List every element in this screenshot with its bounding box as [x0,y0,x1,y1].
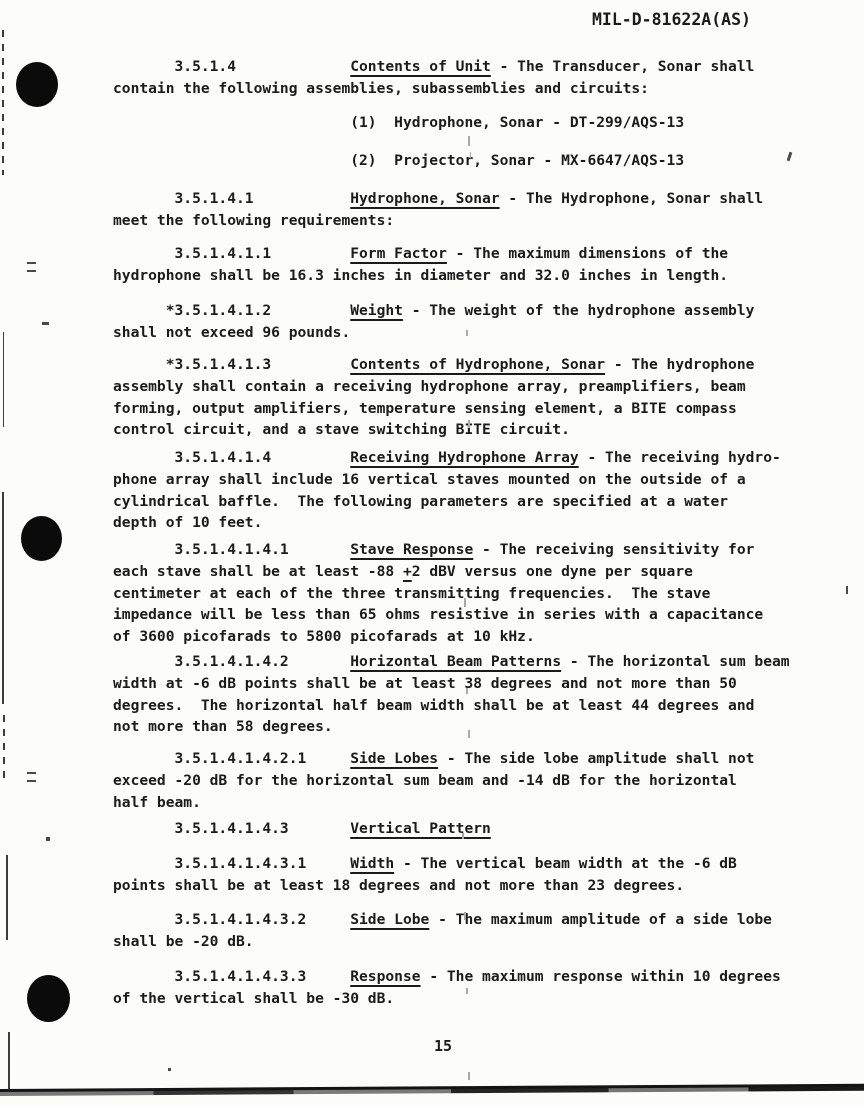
text-line: centimeter at each of the three transmit… [113,583,763,605]
text-line: shall be -20 dB. [113,931,772,953]
scan-artifact-line [8,1032,10,1090]
text-segment: 3.5.1.4.1.4.3.3 [113,968,350,985]
text-line: control circuit, and a stave switching B… [113,419,754,441]
section-paragraph: 3.5.1.4.1.4.3.1 Width - The vertical bea… [113,853,737,897]
list-item: (1) Hydrophone, Sonar - DT-299/AQS-13 [113,112,684,134]
section-paragraph: 3.5.1.4.1.4.3 Vertical Pattern [113,818,491,840]
text-line: 3.5.1.4.1.4.2.1 Side Lobes - The side lo… [113,748,754,770]
text-segment: shall not exceed 96 pounds. [113,324,350,341]
text-line: contain the following assemblies, subass… [113,78,754,100]
text-segment: 3.5.1.4.1.4.3.2 [113,911,350,928]
fold-mark [462,833,464,839]
text-line: 3.5.1.4.1.4.3.2 Side Lobe - The maximum … [113,909,772,931]
text-line: *3.5.1.4.1.3 Contents of Hydrophone, Son… [113,354,754,376]
text-segment: degrees. The horizontal half beam width … [113,697,754,714]
punch-hole-mark [27,975,70,1022]
text-line: 3.5.1.4.1.4.3.3 Response - The maximum r… [113,966,781,988]
fold-mark [468,730,470,738]
section-title: Width [350,855,394,872]
text-line: assembly shall contain a receiving hydro… [113,376,754,398]
text-line: 3.5.1.4.1.4.3 Vertical Pattern [113,818,491,840]
text-segment: impedance will be less than 65 ohms resi… [113,606,763,623]
section-paragraph: 3.5.1.4.1.4.2 Horizontal Beam Patterns -… [113,651,790,738]
text-segment: - The hydrophone [605,356,754,373]
text-line: shall not exceed 96 pounds. [113,322,754,344]
text-line: (1) Hydrophone, Sonar - DT-299/AQS-13 [113,112,684,134]
text-segment: hydrophone shall be 16.3 inches in diame… [113,267,728,284]
text-line: impedance will be less than 65 ohms resi… [113,604,763,626]
section-paragraph: 3.5.1.4.1.4.2.1 Side Lobes - The side lo… [113,748,754,813]
text-segment: of the vertical shall be -30 dB. [113,990,394,1007]
section-title: Form Factor [350,245,447,262]
text-segment: - The weight of the hydrophone assembly [403,302,754,319]
text-segment: centimeter at each of the three transmit… [113,585,710,602]
text-segment: - The Transducer, Sonar shall [491,58,755,75]
text-line: forming, output amplifiers, temperature … [113,398,754,420]
text-segment: *3.5.1.4.1.3 [113,356,350,373]
section-paragraph: 3.5.1.4.1.4.1 Stave Response - The recei… [113,539,763,648]
text-line: exceed -20 dB for the horizontal sum bea… [113,770,754,792]
fold-mark [464,598,466,607]
section-paragraph: 3.5.1.4.1.4.3.3 Response - The maximum r… [113,966,781,1010]
fold-mark [466,988,468,994]
section-paragraph: *3.5.1.4.1.2 Weight - The weight of the … [113,300,754,344]
text-segment: (2) Projector, Sonar - MX-6647/AQS-13 [113,152,684,169]
document-id: MIL-D-81622A(AS) [592,9,751,31]
text-segment: contain the following assemblies, subass… [113,80,649,97]
section-title: Horizontal Beam Patterns [350,653,561,670]
scan-artifact-line [6,855,8,940]
text-line: 3.5.1.4.1.4.1 Stave Response - The recei… [113,539,763,561]
scan-artifact-line [3,715,5,785]
fold-mark [468,1072,470,1080]
text-line: hydrophone shall be 16.3 inches in diame… [113,265,728,287]
punch-hole-mark [16,62,58,107]
text-line: *3.5.1.4.1.2 Weight - The weight of the … [113,300,754,322]
text-segment: - The receiving hydro- [579,449,781,466]
fold-mark [468,136,470,146]
scan-artifact-line [2,30,4,175]
scan-speck [42,322,49,325]
list-item: (2) Projector, Sonar - MX-6647/AQS-13 [113,150,684,172]
text-line: 3.5.1.4.1.4.2 Horizontal Beam Patterns -… [113,651,790,673]
scan-speck [27,772,36,782]
scan-speck [168,1068,171,1071]
fold-mark [466,330,468,336]
text-segment: control circuit, and a stave switching B… [113,421,570,438]
fold-mark [470,152,471,158]
text-line: (2) Projector, Sonar - MX-6647/AQS-13 [113,150,684,172]
scan-artifact-line [2,492,4,704]
text-line: each stave shall be at least -88 +2 dBV … [113,561,763,583]
text-line: depth of 10 feet. [113,512,781,534]
text-segment: assembly shall contain a receiving hydro… [113,378,746,395]
section-title: Stave Response [350,541,473,558]
text-segment: - The side lobe amplitude shall not [438,750,754,767]
section-title: Contents of Unit [350,58,491,75]
section-title: Response [350,968,420,985]
text-line: 3.5.1.4 Contents of Unit - The Transduce… [113,56,754,78]
section-paragraph: *3.5.1.4.1.3 Contents of Hydrophone, Son… [113,354,754,441]
text-line: points shall be at least 18 degrees and … [113,875,737,897]
page-number: 15 [434,1037,452,1055]
text-segment: 3.5.1.4.1.4 [113,449,350,466]
scan-speck [787,152,793,161]
text-segment: phone array shall include 16 vertical st… [113,471,746,488]
section-paragraph: 3.5.1.4.1.4 Receiving Hydrophone Array -… [113,447,781,534]
text-line: width at -6 dB points shall be at least … [113,673,790,695]
text-segment: half beam. [113,794,201,811]
text-line: cylindrical baffle. The following parame… [113,491,781,513]
text-segment: width at -6 dB points shall be at least … [113,675,737,692]
text-line: of 3600 picofarads to 5800 picofarads at… [113,626,763,648]
text-segment: each stave shall be at least -88 [113,563,403,580]
text-segment: 2 dBV versus one dyne per square [412,563,693,580]
section-paragraph: 3.5.1.4 Contents of Unit - The Transduce… [113,56,754,100]
text-segment: shall be -20 dB. [113,933,254,950]
section-paragraph: 3.5.1.4.1 Hydrophone, Sonar - The Hydrop… [113,188,763,232]
text-line: half beam. [113,792,754,814]
text-segment: meet the following requirements: [113,212,394,229]
text-line: 3.5.1.4.1.1 Form Factor - The maximum di… [113,243,728,265]
text-segment: not more than 58 degrees. [113,718,333,735]
text-segment: 3.5.1.4.1.4.2 [113,653,350,670]
scan-speck [27,262,36,272]
text-line: of the vertical shall be -30 dB. [113,988,781,1010]
section-title: Weight [350,302,403,319]
scan-speck [46,837,50,841]
section-title: Hydrophone, Sonar [350,190,499,207]
fold-mark [464,912,466,920]
text-segment: *3.5.1.4.1.2 [113,302,350,319]
section-title: Side Lobes [350,750,438,767]
text-segment: 3.5.1.4.1.4.2.1 [113,750,350,767]
fold-mark [466,688,468,694]
text-segment: 3.5.1.4.1.4.3.1 [113,855,350,872]
text-segment: exceed -20 dB for the horizontal sum bea… [113,772,737,789]
text-line: 3.5.1.4.1 Hydrophone, Sonar - The Hydrop… [113,188,763,210]
text-segment: depth of 10 feet. [113,514,262,531]
text-segment: - The horizontal sum beam [561,653,789,670]
scan-artifact-line [3,332,4,427]
section-title: Vertical Pattern [350,820,491,837]
text-segment: cylindrical baffle. The following parame… [113,493,728,510]
text-line: phone array shall include 16 vertical st… [113,469,781,491]
text-segment: - The maximum response within 10 degrees [421,968,781,985]
section-title: Side Lobe [350,911,429,928]
text-segment: - The maximum dimensions of the [447,245,728,262]
text-line: 3.5.1.4.1.4 Receiving Hydrophone Array -… [113,447,781,469]
text-line: not more than 58 degrees. [113,716,790,738]
text-segment: of 3600 picofarads to 5800 picofarads at… [113,628,535,645]
fold-mark [468,420,470,428]
text-segment: forming, output amplifiers, temperature … [113,400,737,417]
section-paragraph: 3.5.1.4.1.1 Form Factor - The maximum di… [113,243,728,287]
text-segment: (1) Hydrophone, Sonar - DT-299/AQS-13 [113,114,684,131]
section-title: Receiving Hydrophone Array [350,449,578,466]
text-segment: 3.5.1.4.1.1 [113,245,350,262]
text-segment: points shall be at least 18 degrees and … [113,877,684,894]
text-line: meet the following requirements: [113,210,763,232]
text-segment: 3.5.1.4.1.4.1 [113,541,350,558]
text-segment: - The maximum amplitude of a side lobe [429,911,772,928]
punch-hole-mark [21,516,62,561]
section-paragraph: 3.5.1.4.1.4.3.2 Side Lobe - The maximum … [113,909,772,953]
section-title: Contents of Hydrophone, Sonar [350,356,605,373]
text-segment: 3.5.1.4.1 [113,190,350,207]
text-line: degrees. The horizontal half beam width … [113,695,790,717]
text-segment: 3.5.1.4 [113,58,350,75]
section-title: + [403,563,412,580]
document-page: MIL-D-81622A(AS) 3.5.1.4 Contents of Uni… [0,0,864,1105]
text-segment: - The receiving sensitivity for [473,541,754,558]
text-segment: - The Hydrophone, Sonar shall [500,190,764,207]
text-segment: - The vertical beam width at the -6 dB [394,855,737,872]
text-segment: 3.5.1.4.1.4.3 [113,820,350,837]
text-line: 3.5.1.4.1.4.3.1 Width - The vertical bea… [113,853,737,875]
scan-speck [846,586,848,594]
